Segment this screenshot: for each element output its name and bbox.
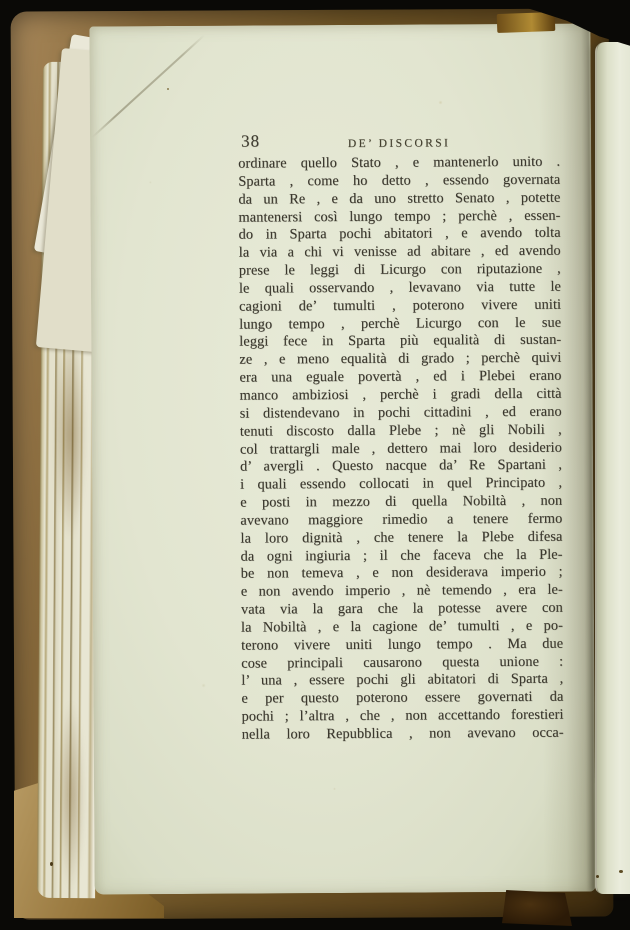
text-line: pochi ; l’altra , che , non accettando f… (242, 707, 564, 727)
cover-edge-glimpse (497, 12, 556, 33)
book-photograph: 38 DE’ DISCORSI ordinare quello Stato , … (0, 0, 630, 930)
facing-page-sliver (595, 42, 630, 894)
text-line: leggi fece in Sparta più equalità di sus… (239, 332, 561, 352)
text-line: l’ una , essere pochi gli abitatori di S… (241, 671, 563, 691)
text-line: avevano maggiore rimedio a tenere fermo (240, 511, 562, 531)
text-line: vata via la gara che la potesse avere co… (241, 600, 563, 620)
text-line: col trattargli male , dettero mai loro d… (240, 439, 562, 459)
text-line: e posti in mezzo di quella Nobiltà , non (240, 493, 562, 513)
text-line: i quali essendo collocati in quel Princi… (240, 475, 562, 495)
book-page: 38 DE’ DISCORSI ordinare quello Stato , … (89, 23, 595, 894)
paper-speck (596, 875, 599, 878)
text-line: tenuti discosto dalla Plebe ; nè gli Nob… (240, 421, 562, 441)
text-line: manco ambiziosi , perchè i gradi della c… (240, 386, 562, 406)
paper-speck (619, 870, 623, 873)
text-line: la Nobiltà , e la cagione de’ tumulti , … (241, 618, 563, 638)
paper-speck (167, 88, 169, 90)
text-line: lungo tempo , perchè Licurgo con le sue (239, 314, 561, 334)
text-line: da ogni ingiuria ; il che faceva che la … (241, 546, 563, 566)
text-line: era una eguale povertà , ed i Plebei era… (239, 368, 561, 388)
text-line: be non temeva , e non desiderava imperio… (241, 564, 563, 584)
text-line: la loro dignità , che tenere la Plebe di… (240, 528, 562, 548)
page-header: 38 DE’ DISCORSI (238, 129, 560, 157)
text-line: cose principali causarono questa unione … (241, 653, 563, 673)
text-line: prese le leggi di Licurgo con riputazion… (239, 261, 561, 281)
text-line: le quali osservando , levavano via tutte… (239, 279, 561, 299)
edge-stain (54, 330, 86, 540)
edge-stain (57, 700, 85, 890)
text-line: Sparta , come ho detto , essendo governa… (238, 172, 560, 192)
text-line: d’ avergli . Questo nacque da’ Re Sparta… (240, 457, 562, 477)
text-line: da un Re , e da uno stretto Senato , pot… (238, 189, 560, 209)
text-line: e per questo poterono essere governati d… (241, 689, 563, 709)
body-text: ordinare quello Stato , e mantenerlo uni… (238, 154, 564, 745)
running-title: DE’ DISCORSI (238, 137, 560, 151)
text-line: ze , e meno equalità di grado ; perchè q… (239, 350, 561, 370)
text-line: nella loro Repubblica , non avevano occa… (242, 725, 564, 745)
text-line: cagioni de’ tumulti , poterono vivere un… (239, 296, 561, 316)
text-line: la via a chi vi venisse ad abitare , ed … (239, 243, 561, 263)
cover-dark-patch (502, 890, 572, 926)
text-line: mantenersi così lungo tempo ; perchè , e… (238, 207, 560, 227)
text-line: ordinare quello Stato , e mantenerlo uni… (238, 154, 560, 174)
paper-speck (50, 862, 53, 866)
paper-crease (91, 34, 205, 138)
text-line: do in Sparta pochi abitatori , e avendo … (239, 225, 561, 245)
text-line: e non avendo imperio , nè temendo , era … (241, 582, 563, 602)
text-line: terono vivere uniti lungo tempo . Ma due (241, 635, 563, 655)
text-line: si distendevano in pochi cittadini , ed … (240, 403, 562, 423)
